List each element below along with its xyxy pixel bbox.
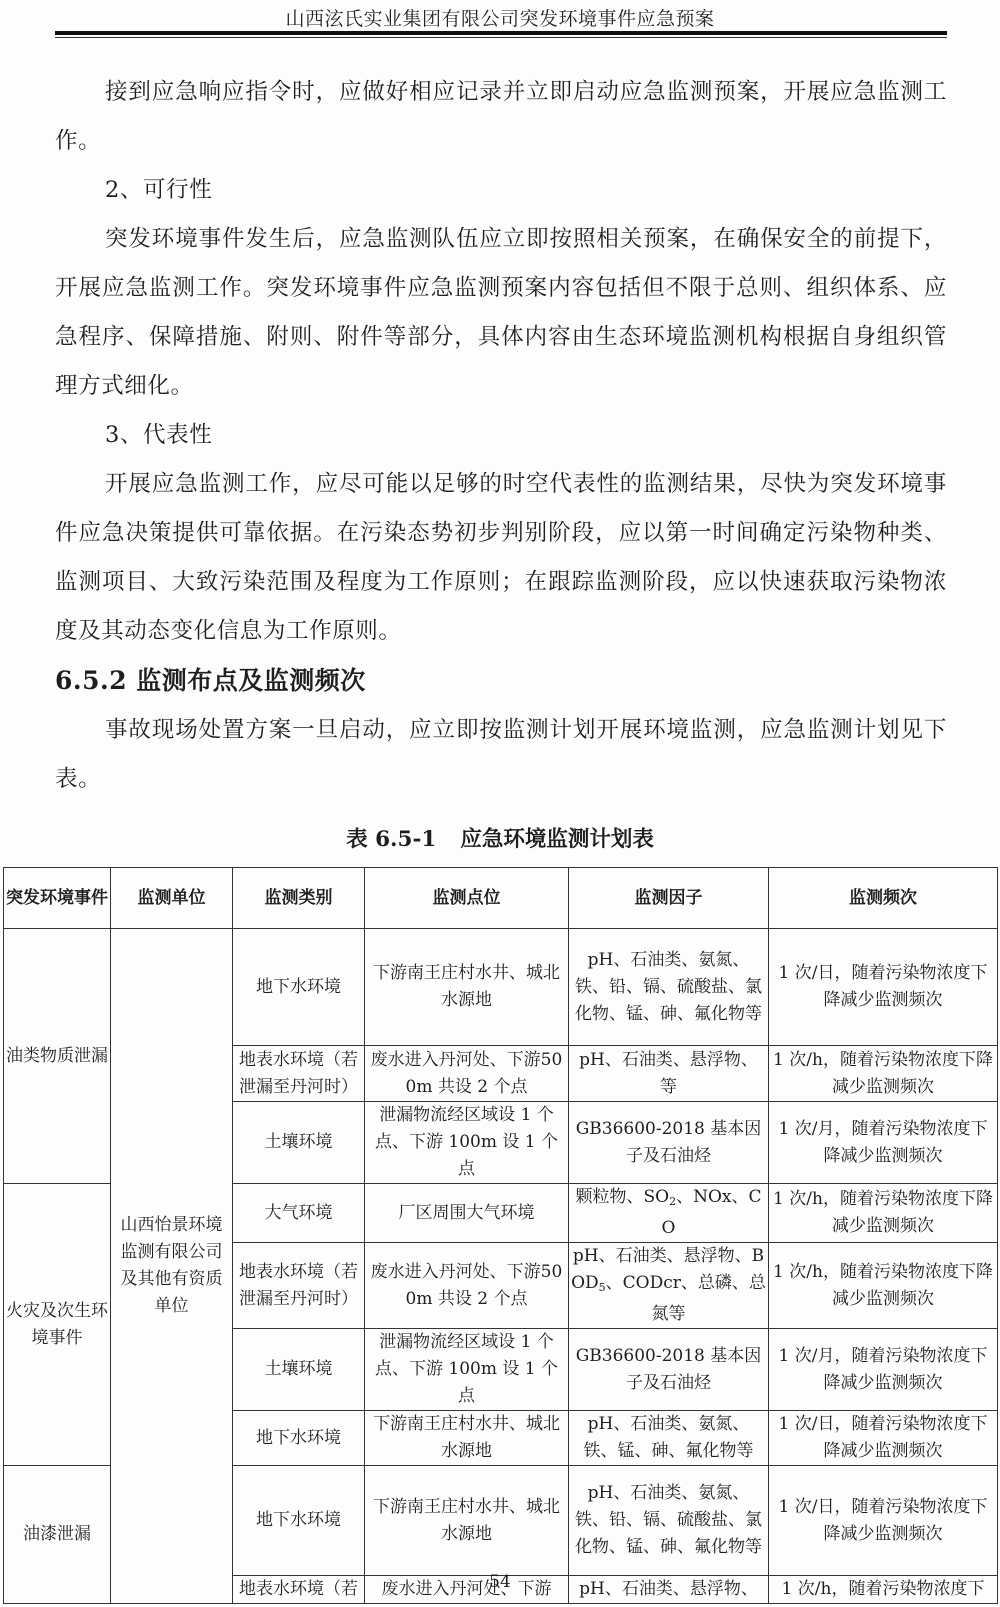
event-cell: 油类物质泄漏: [4, 929, 111, 1184]
paragraph: 事故现场处置方案一旦启动，应立即按监测计划开展环境监测，应急监测计划见下表。: [55, 706, 947, 804]
monitoring-plan-table: 突发环境事件 监测单位 监测类别 监测点位 监测因子 监测频次 油类物质泄漏 山…: [3, 867, 998, 1604]
table-caption-number: 表 6.5-1: [346, 827, 436, 852]
table-caption-title: 应急环境监测计划表: [460, 827, 654, 852]
event-cell: 火灾及次生环境事件: [4, 1184, 111, 1466]
column-header: 监测因子: [569, 868, 769, 929]
location-cell: 泄漏物流经区域设 1 个点、下游 100m 设 1 个点: [365, 1102, 569, 1184]
column-header: 监测单位: [111, 868, 233, 929]
category-cell: 地表水环境（若泄漏至丹河时）: [233, 1046, 365, 1102]
location-cell: 废水进入丹河处、下游500m 共设 2 个点: [365, 1243, 569, 1329]
unit-cell: 山西怡景环境监测有限公司及其他有资质单位: [111, 929, 233, 1604]
paragraph: 开展应急监测工作，应尽可能以足够的时空代表性的监测结果，尽快为突发环境事件应急决…: [55, 460, 947, 656]
column-header: 突发环境事件: [4, 868, 111, 929]
location-cell: 下游南王庄村水井、城北水源地: [365, 929, 569, 1046]
category-cell: 地表水环境（若泄漏至丹河时）: [233, 1243, 365, 1329]
category-cell: 地下水环境: [233, 1411, 365, 1466]
location-cell: 废水进入丹河处、下游500m 共设 2 个点: [365, 1046, 569, 1102]
factors-text: 、NOx、CO: [662, 1187, 762, 1238]
factors-cell: GB36600-2018 基本因子及石油烃: [569, 1329, 769, 1411]
category-cell: 地下水环境: [233, 929, 365, 1046]
subscript: 5: [599, 1281, 606, 1294]
page-body: 接到应急响应指令时，应做好相应记录并立即启动应急监测预案，开展应急监测工作。 2…: [55, 68, 947, 804]
location-cell: 泄漏物流经区域设 1 个点、下游 100m 设 1 个点: [365, 1329, 569, 1411]
table-caption: 表 6.5-1应急环境监测计划表: [0, 822, 1000, 853]
column-header: 监测点位: [365, 868, 569, 929]
frequency-cell: 1 次/日，随着污染物浓度下降减少监测频次: [769, 1411, 998, 1466]
header-rule-thin: [55, 37, 947, 38]
frequency-cell: 1 次/h，随着污染物浓度下降减少监测频次: [769, 1046, 998, 1102]
paragraph: 突发环境事件发生后，应急监测队伍应立即按照相关预案，在确保安全的前提下，开展应急…: [55, 215, 947, 411]
category-cell: 土壤环境: [233, 1102, 365, 1184]
location-cell: 下游南王庄村水井、城北水源地: [365, 1411, 569, 1466]
table-row: 油类物质泄漏 山西怡景环境监测有限公司及其他有资质单位 地下水环境 下游南王庄村…: [4, 929, 998, 1046]
category-cell: 大气环境: [233, 1184, 365, 1243]
column-header: 监测类别: [233, 868, 365, 929]
frequency-cell: 1 次/h，随着污染物浓度下降减少监测频次: [769, 1243, 998, 1329]
section-heading: 6.5.2 监测布点及监测频次: [55, 656, 947, 706]
header-rule: [55, 31, 947, 35]
factors-cell: pH、石油类、氨氮、铁、铅、镉、硫酸盐、氯化物、锰、砷、氟化物等: [569, 1466, 769, 1576]
factors-cell: pH、石油类、氨氮、铁、锰、砷、氟化物等: [569, 1411, 769, 1466]
factors-text: 、CODcr、总磷、总氮等: [606, 1273, 766, 1324]
factors-cell: GB36600-2018 基本因子及石油烃: [569, 1102, 769, 1184]
paragraph: 接到应急响应指令时，应做好相应记录并立即启动应急监测预案，开展应急监测工作。: [55, 68, 947, 166]
table-header-row: 突发环境事件 监测单位 监测类别 监测点位 监测因子 监测频次: [4, 868, 998, 929]
page-number: 54: [0, 1572, 1000, 1592]
factors-cell: pH、石油类、悬浮物、等: [569, 1046, 769, 1102]
factors-cell: pH、石油类、悬浮物、BOD5、CODcr、总磷、总氮等: [569, 1243, 769, 1329]
running-header-title: 山西泫氏实业集团有限公司突发环境事件应急预案: [0, 4, 1000, 31]
column-header: 监测频次: [769, 868, 998, 929]
factors-text: 颗粒物、SO: [575, 1187, 669, 1207]
category-cell: 土壤环境: [233, 1329, 365, 1411]
frequency-cell: 1 次/h，随着污染物浓度下降减少监测频次: [769, 1184, 998, 1243]
category-cell: 地下水环境: [233, 1466, 365, 1576]
frequency-cell: 1 次/日，随着污染物浓度下降减少监测频次: [769, 929, 998, 1046]
factors-cell: 颗粒物、SO2、NOx、CO: [569, 1184, 769, 1243]
frequency-cell: 1 次/月，随着污染物浓度下降减少监测频次: [769, 1329, 998, 1411]
frequency-cell: 1 次/日，随着污染物浓度下降减少监测频次: [769, 1466, 998, 1576]
subheading-representativeness: 3、代表性: [55, 411, 947, 460]
factors-cell: pH、石油类、氨氮、铁、铅、镉、硫酸盐、氯化物、锰、砷、氟化物等: [569, 929, 769, 1046]
frequency-cell: 1 次/月，随着污染物浓度下降减少监测频次: [769, 1102, 998, 1184]
subheading-feasibility: 2、可行性: [55, 166, 947, 215]
location-cell: 厂区周围大气环境: [365, 1184, 569, 1243]
location-cell: 下游南王庄村水井、城北水源地: [365, 1466, 569, 1576]
